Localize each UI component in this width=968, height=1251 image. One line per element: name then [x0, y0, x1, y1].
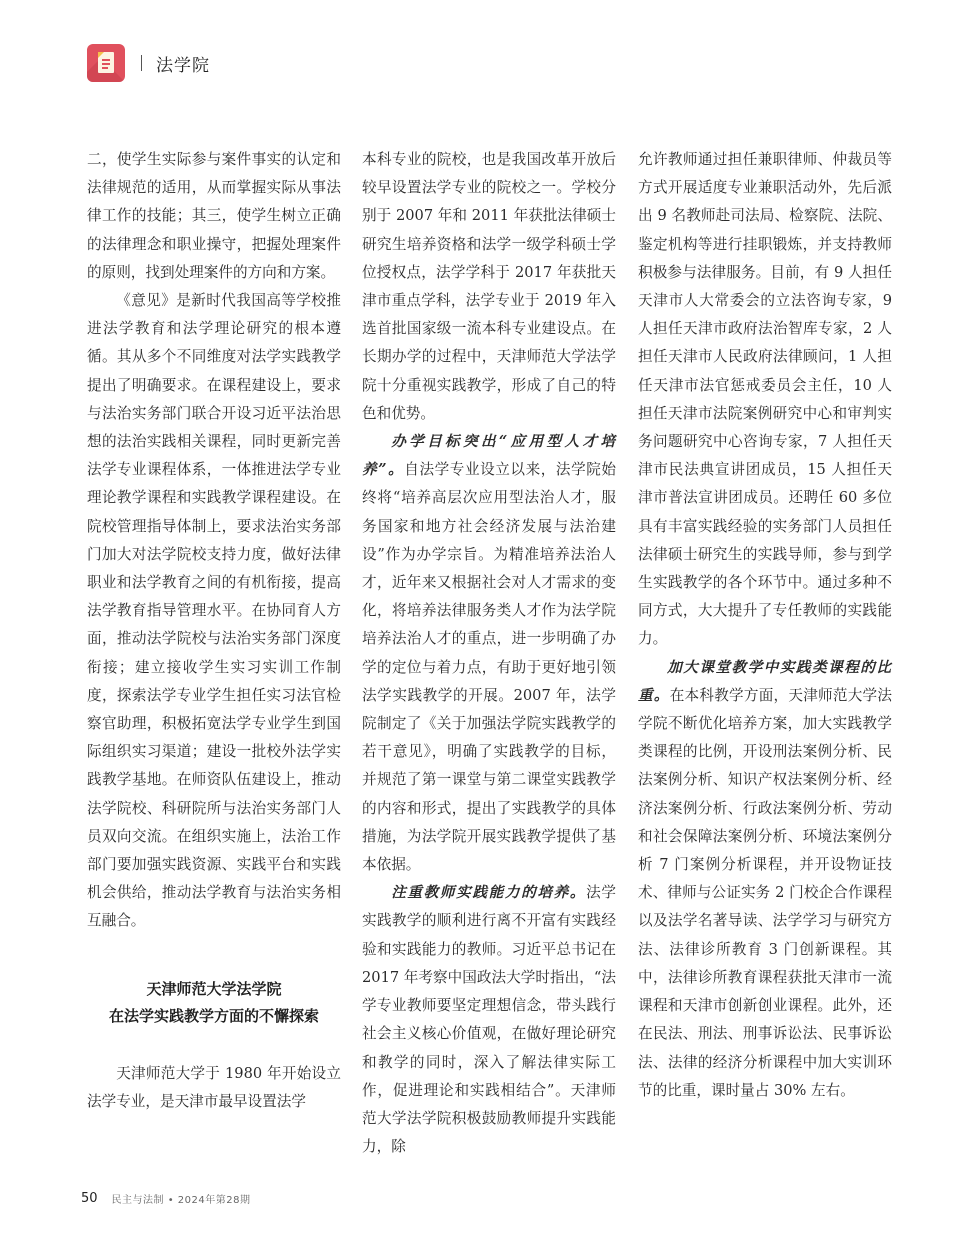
paragraph: 《意见》是新时代我国高等学校推进法学教育和法学理论研究的根本遵循。其从多个不同维…	[87, 287, 341, 936]
paragraph: 本科专业的院校，也是我国改革开放后较早设置法学专业的院校之一。学校分别于 200…	[362, 146, 616, 428]
journal-issue: 民主与法制 • 2024年第28期	[112, 1191, 251, 1206]
paragraph: 二，使学生实际参与案件事实的认定和法律规范的适用，从而掌握实际从事法律工作的技能…	[87, 146, 341, 287]
paragraph-body: 法学实践教学的顺利进行离不开富有实践经验和实践能力的教师。习近平总书记在 201…	[362, 884, 616, 1155]
paragraph: 允许教师通过担任兼职律师、仲裁员等方式开展适度专业兼职活动外，先后派出 9 名教…	[638, 146, 892, 654]
paragraph-body: 在本科教学方面，天津师范大学法学院不断优化培养方案，加大实践教学类课程的比例，开…	[638, 687, 892, 1099]
page-number: 50	[81, 1191, 98, 1206]
header-divider	[141, 55, 142, 71]
document-icon	[87, 44, 125, 82]
subheading: 天津师范大学法学院 在法学实践教学方面的不懈探索	[87, 976, 341, 1030]
subheading-line: 天津师范大学法学院	[87, 976, 341, 1003]
article-column-right: 允许教师通过担任兼职律师、仲裁员等方式开展适度专业兼职活动外，先后派出 9 名教…	[638, 146, 892, 1105]
paragraph: 注重教师实践能力的培养。法学实践教学的顺利进行离不开富有实践经验和实践能力的教师…	[362, 879, 616, 1161]
section-title: 法学院	[156, 51, 210, 76]
paragraph: 办学目标突出“应用型人才培养”。自法学专业设立以来，法学院始终将“培养高层次应用…	[362, 428, 616, 879]
article-column-middle: 本科专业的院校，也是我国改革开放后较早设置法学专业的院校之一。学校分别于 200…	[362, 146, 616, 1161]
page-footer: 50 民主与法制 • 2024年第28期	[81, 1191, 250, 1206]
subheading-line: 在法学实践教学方面的不懈探索	[87, 1003, 341, 1030]
page-header: 法学院	[87, 44, 210, 82]
paragraph: 加大课堂教学中实践类课程的比重。在本科教学方面，天津师范大学法学院不断优化培养方…	[638, 654, 892, 1105]
paragraph-lead: 注重教师实践能力的培养。	[391, 884, 586, 901]
paragraph-body: 自法学专业设立以来，法学院始终将“培养高层次应用型法治人才，服务国家和地方社会经…	[362, 461, 616, 873]
article-column-left: 二，使学生实际参与案件事实的认定和法律规范的适用，从而掌握实际从事法律工作的技能…	[87, 146, 341, 1116]
paragraph: 天津师范大学于 1980 年开始设立法学专业，是天津市最早设置法学	[87, 1060, 341, 1116]
